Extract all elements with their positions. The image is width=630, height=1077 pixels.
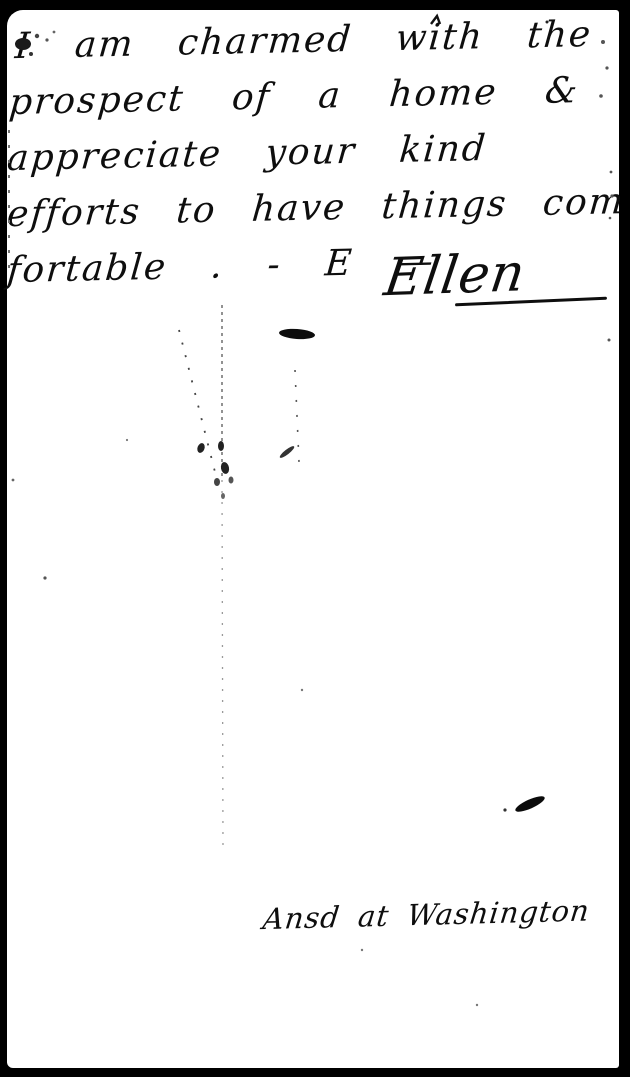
smudge-cluster bbox=[196, 441, 233, 499]
letter-line-1: I am charmed with the bbox=[14, 14, 594, 67]
letter-line-5: fortable . - E — bbox=[6, 241, 437, 291]
ink-dash-small bbox=[278, 445, 295, 460]
scan-background: { "letter": { "lines": [ "I am charmed w… bbox=[0, 0, 630, 1077]
speckle-trail-right bbox=[295, 370, 299, 462]
letter-line-4: efforts to have things com bbox=[6, 181, 627, 235]
ink-dash-top bbox=[279, 328, 316, 340]
signature-ellen: Ellen bbox=[381, 243, 530, 308]
letter-line-3: appreciate your kind bbox=[6, 128, 489, 179]
fold-line bbox=[222, 305, 223, 848]
letter-line-2: prospect of a home & bbox=[8, 70, 581, 123]
speckle-trail-left bbox=[179, 330, 215, 472]
paper-sheet: I am charmed with the prospect of a home… bbox=[7, 10, 619, 1068]
docket-note: Ansd at Washington bbox=[261, 893, 592, 936]
ink-dash-right bbox=[503, 793, 546, 814]
